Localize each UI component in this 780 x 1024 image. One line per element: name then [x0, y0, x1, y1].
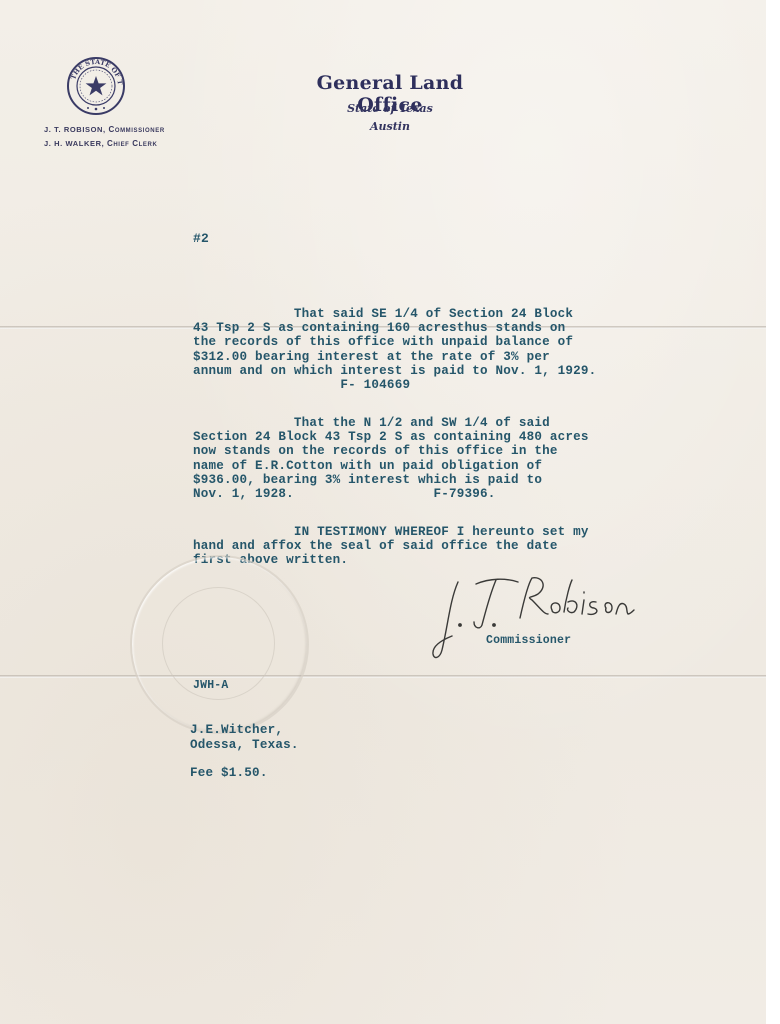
embossed-seal-icon — [130, 555, 309, 734]
text-line: hand and affox the seal of said office t… — [193, 539, 589, 553]
fee-line: Fee $1.50. — [190, 766, 268, 780]
file-number: F- 104669 — [193, 378, 596, 392]
text-line: Section 24 Block 43 Tsp 2 S as containin… — [193, 430, 589, 444]
paragraph-se-quarter: That said SE 1/4 of Section 24 Block43 T… — [193, 307, 596, 392]
addressee-location: Odessa, Texas. — [190, 738, 299, 753]
letter-page: THE STATE OF TEXAS J. T. ROBISON, Commis… — [0, 0, 766, 1024]
addressee-block: J.E.Witcher,Odessa, Texas. — [190, 723, 299, 753]
city-line: Austin — [290, 120, 490, 133]
staff-list: J. T. ROBISON, Commissioner J. H. WALKER… — [44, 123, 165, 151]
page-number: #2 — [193, 232, 209, 246]
addressee-name: J.E.Witcher, — [190, 723, 299, 738]
texas-seal-icon: THE STATE OF TEXAS — [66, 56, 126, 116]
paper-fold-lower — [0, 675, 766, 678]
text-line: annum and on which interest is paid to N… — [193, 364, 596, 378]
text-line: $936.00, bearing 3% interest which is pa… — [193, 473, 589, 487]
text-line: 43 Tsp 2 S as containing 160 acresthus s… — [193, 321, 596, 335]
text-line: That said SE 1/4 of Section 24 Block — [193, 307, 596, 321]
text-line: Nov. 1, 1928. F-79396. — [193, 487, 589, 501]
text-line: the records of this office with unpaid b… — [193, 335, 596, 349]
text-line: $312.00 bearing interest at the rate of … — [193, 350, 596, 364]
text-line: now stands on the records of this office… — [193, 444, 589, 458]
text-line: IN TESTIMONY WHEREOF I hereunto set my — [193, 525, 589, 539]
text-line: name of E.R.Cotton with un paid obligati… — [193, 459, 589, 473]
paragraph-n-half-sw-quarter: That the N 1/2 and SW 1/4 of saidSection… — [193, 416, 589, 501]
reference-initials: JWH-A — [193, 679, 229, 693]
signer-title: Commissioner — [486, 634, 571, 648]
text-line: That the N 1/2 and SW 1/4 of said — [193, 416, 589, 430]
staff-commissioner: J. T. ROBISON, Commissioner — [44, 123, 165, 137]
staff-chief-clerk: J. H. WALKER, Chief Clerk — [44, 137, 165, 151]
state-line: State of Texas — [290, 102, 490, 115]
